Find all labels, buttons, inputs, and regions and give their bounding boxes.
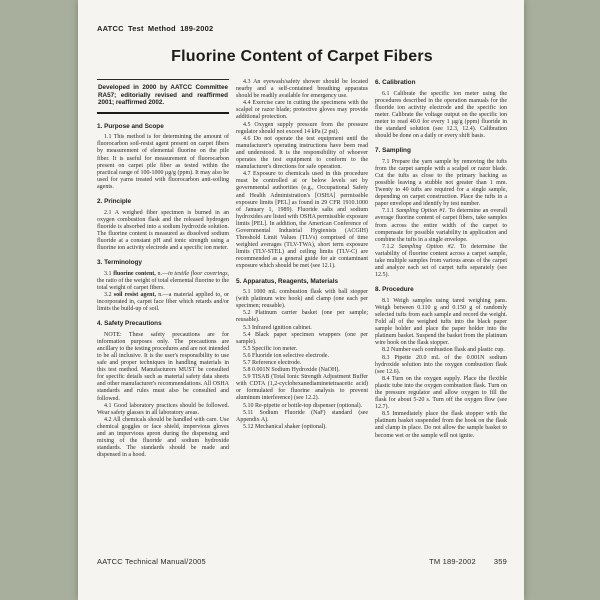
page-footer: AATCC Technical Manual/2005 TM 189-20023… [97,557,507,566]
para-5-7: 5.7 Reference electrode. [236,360,368,367]
para-8-1: 8.1 Weigh samples using tared weighing p… [375,298,507,348]
para-5-12: 5.12 Mechanical shaker (optional). [236,424,368,431]
heading-terminology: 3. Terminology [97,259,229,267]
para-4-2: 4.2 All chemicals should be handled with… [97,417,229,460]
document-page: AATCC Test Method 189-2002 Fluorine Cont… [78,0,524,600]
para-3-1-italic: in textile floor coverings, [168,271,229,277]
para-4-4: 4.4 Exercise care in cutting the specime… [236,100,368,121]
heading-purpose-scope: 1. Purpose and Scope [97,123,229,131]
para-7-1-1: 7.1.1 Sampling Option #1. To determine a… [375,208,507,243]
heading-sampling: 7. Sampling [375,147,507,155]
term-soil-resist-agent: soil resist agent, [114,292,156,298]
para-3-1-rest: the ratio of the weight of total element… [97,278,229,291]
desktop-background: AATCC Test Method 189-2002 Fluorine Cont… [0,0,600,600]
para-5-4: 5.4 Black paper specimen wrappers (one p… [236,332,368,346]
para-8-5: 8.5 Immediately place the flask stopper … [375,411,507,439]
para-safety-note: NOTE: These safety precautions are for i… [97,332,229,403]
para-3-1: 3.1 fluorine content, n.—in textile floo… [97,271,229,292]
para-4-1: 4.1 Good laboratory practices should be … [97,403,229,417]
footer-right-group: TM 189-2002359 [411,557,507,566]
para-1-1: 1.1 This method is for determining the a… [97,134,229,191]
para-8-4: 8.4 Turn on the oxygen supply. Place the… [375,376,507,411]
page-title: Fluorine Content of Carpet Fibers [97,48,507,66]
para-7-1-1-italic: Sampling Option #1. [396,208,447,214]
heading-calibration: 6. Calibration [375,79,507,87]
page-number: 359 [494,557,507,566]
column-left: Developed in 2000 by AATCC Committee RA5… [97,79,229,459]
development-note: Developed in 2000 by AATCC Committee RA5… [97,79,229,114]
para-8-3: 8.3 Pipette 20.0 mL of the 0.001N sodium… [375,355,507,376]
document-header: AATCC Test Method 189-2002 [97,24,507,33]
para-7-1-2-number: 7.1.2 [382,244,399,250]
para-3-1-number: 3.1 [104,271,113,277]
text-columns: Developed in 2000 by AATCC Committee RA5… [97,79,507,459]
para-5-1: 5.1 1000 mL combustion flask with ball s… [236,289,368,310]
para-5-9: 5.9 TISAB (Total Ionic Strength Adjustme… [236,374,368,402]
term-fluorine-content: fluorine content, [113,271,156,277]
para-3-2: 3.2 soil resist agent, n.—a material app… [97,292,229,313]
heading-procedure: 8. Procedure [375,286,507,294]
para-7-1-2-italic: Sampling Option #2. [399,244,455,250]
para-8-2: 8.2 Number each combustion flask and pla… [375,347,507,354]
para-4-5: 4.5 Oxygen supply pressure from the pres… [236,122,368,136]
para-3-2-number: 3.2 [104,292,114,298]
footer-tm-label: TM 189-2002 [429,557,476,566]
heading-apparatus: 5. Apparatus, Reagents, Materials [236,278,368,286]
para-7-1: 7.1 Prepare the yarn sample by removing … [375,159,507,209]
para-2-1: 2.1 A weighed fiber specimen is burned i… [97,210,229,253]
para-5-10: 5.10 Re-pipette or bottle-top dispenser … [236,403,368,410]
para-5-3: 5.3 Infrared ignition cabinet. [236,325,368,332]
para-6-1: 6.1 Calibrate the specific ion meter usi… [375,91,507,141]
para-7-1-1-number: 7.1.1 [382,208,396,214]
footer-manual-label: AATCC Technical Manual/2005 [97,557,206,566]
para-3-1-mid: n.— [156,271,168,277]
para-4-6: 4.6 Do not operate the test equipment un… [236,136,368,171]
para-5-11: 5.11 Sodium Fluoride (NaF) standard (see… [236,410,368,424]
column-middle: 4.3 An eyewash/safety shower should be l… [236,79,368,459]
heading-safety-precautions: 4. Safety Precautions [97,320,229,328]
para-4-7: 4.7 Exposure to chemicals used in this p… [236,171,368,270]
para-5-2: 5.2 Platinum carrier basket (one per sam… [236,310,368,324]
heading-principle: 2. Principle [97,198,229,206]
column-right: 6. Calibration 6.1 Calibrate the specifi… [375,79,507,459]
para-5-5: 5.5 Specific ion meter. [236,346,368,353]
para-4-3: 4.3 An eyewash/safety shower should be l… [236,79,368,100]
para-5-6: 5.6 Fluoride ion selective electrode. [236,353,368,360]
para-7-1-2: 7.1.2 Sampling Option #2. To determine t… [375,244,507,279]
